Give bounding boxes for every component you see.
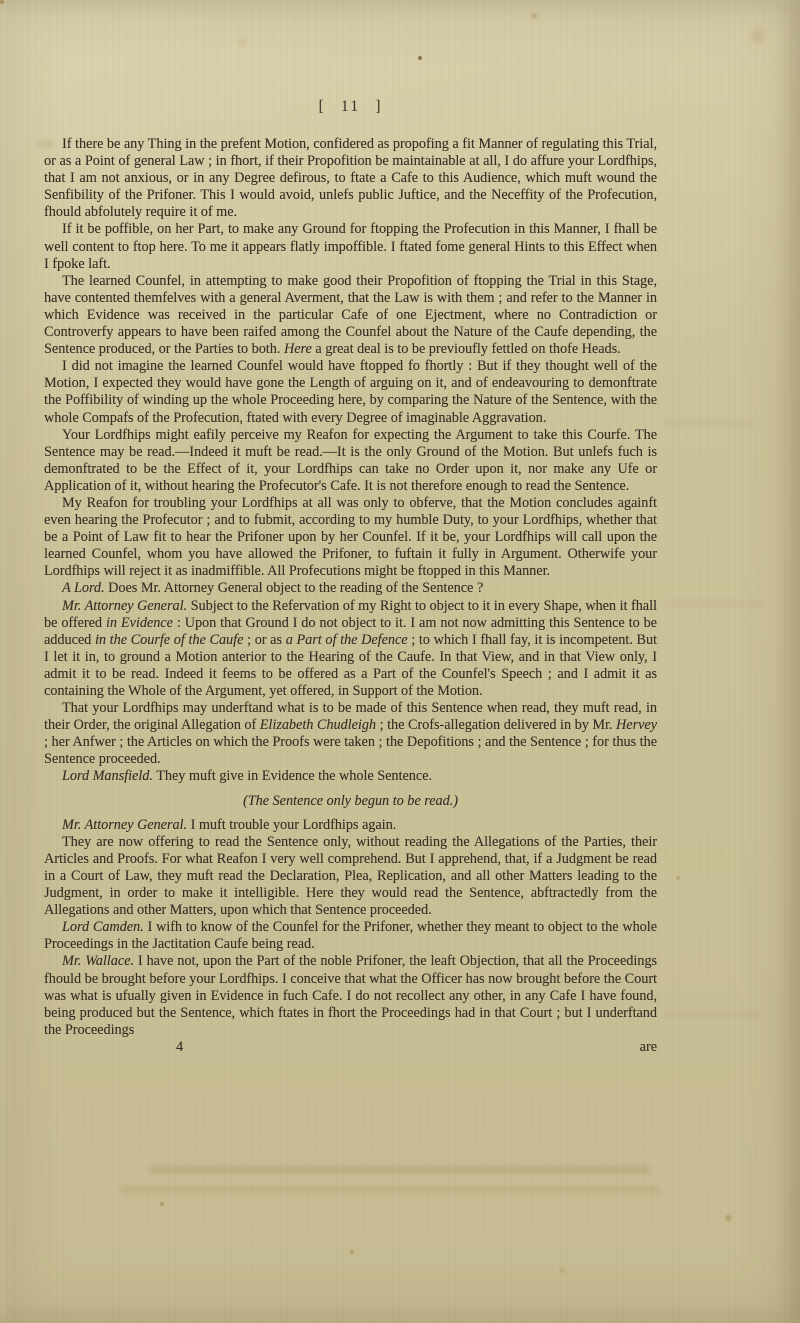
body-text: I muft trouble your Lordfhips again.: [187, 817, 396, 833]
paragraph: A Lord. Does Mr. Attorney General object…: [44, 580, 657, 597]
show-through-artifact: [150, 1166, 650, 1174]
paragraph: Mr. Attorney General. Subject to the Ref…: [44, 598, 657, 701]
italic-text: Mr. Attorney General.: [62, 598, 187, 614]
body-text: They are now offering to read the Senten…: [44, 834, 657, 918]
foxing-spots: [0, 0, 4, 4]
italic-text: Lord Camden.: [62, 919, 144, 935]
italic-text: in Evidence: [106, 615, 173, 631]
italic-text: A Lord.: [62, 580, 105, 596]
italic-text: Here: [284, 341, 312, 357]
paragraph: Lord Camden. I wifh to know of the Counf…: [44, 919, 657, 953]
body-text: Your Lordfhips might eafily perceive my …: [44, 427, 657, 494]
italic-text: in the Courfe of the Caufe: [95, 632, 243, 648]
italic-text: Lord Mansfield.: [62, 768, 153, 784]
paragraph: If there be any Thing in the prefent Mot…: [44, 136, 657, 221]
stage-direction: (The Sentence only begun to be read.): [44, 793, 657, 810]
paragraph: That your Lordfhips may underftand what …: [44, 700, 657, 768]
paragraph: The learned Counfel, in attempting to ma…: [44, 273, 657, 358]
show-through-artifact: [664, 420, 754, 427]
show-through-artifact: [120, 1186, 660, 1194]
body-text: ; or as: [243, 632, 285, 648]
italic-text: Elizabeth Chudleigh: [260, 717, 376, 733]
paragraph: Mr. Attorney General. I muft trouble you…: [44, 817, 657, 834]
body-text: If there be any Thing in the prefent Mot…: [44, 136, 657, 220]
body-text: My Reafon for troubling your Lordfhips a…: [44, 495, 657, 579]
body-text: ; her Anfwer ; the Articles on which the…: [44, 734, 657, 767]
italic-text: Hervey: [616, 717, 657, 733]
catchword: are: [640, 1039, 657, 1056]
paragraph: Your Lordfhips might eafily perceive my …: [44, 427, 657, 495]
body-text: I did not imagine the learned Counfel wo…: [44, 358, 657, 425]
body-text: I have not, upon the Part of the noble P…: [44, 953, 657, 1037]
paragraphs-container: If there be any Thing in the prefent Mot…: [44, 136, 657, 1039]
show-through-artifact: [664, 600, 764, 607]
italic-text: Mr. Wallace.: [62, 953, 134, 969]
italic-text: Mr. Attorney General.: [62, 817, 187, 833]
paragraph: Lord Mansfield. They muft give in Eviden…: [44, 768, 657, 785]
body-text: a great deal is to be previoufly fettled…: [312, 341, 621, 357]
text-block: If there be any Thing in the prefent Mot…: [44, 136, 657, 1056]
italic-text: (The Sentence only begun to be read.): [243, 793, 458, 809]
body-text: Does Mr. Attorney General object to the …: [105, 580, 484, 596]
paragraph: I did not imagine the learned Counfel wo…: [44, 358, 657, 426]
show-through-artifact: [664, 1010, 759, 1017]
body-text: ; the Crofs-allegation delivered in by M…: [376, 717, 616, 733]
body-text: They muft give in Evidence the whole Sen…: [153, 768, 432, 784]
paragraph: If it be poffible, on her Part, to make …: [44, 221, 657, 272]
body-text: If it be poffible, on her Part, to make …: [44, 221, 657, 271]
italic-text: a Part of the Defence: [286, 632, 408, 648]
signature-mark: 4: [176, 1039, 183, 1056]
book-page: [ 11 ] If there be any Thing in the pref…: [0, 0, 800, 1323]
paragraph: They are now offering to read the Senten…: [44, 834, 657, 919]
paragraph: My Reafon for troubling your Lordfhips a…: [44, 495, 657, 580]
page-number: [ 11 ]: [44, 98, 657, 116]
paragraph: Mr. Wallace. I have not, upon the Part o…: [44, 953, 657, 1038]
foot-line: 4 are: [44, 1039, 657, 1056]
